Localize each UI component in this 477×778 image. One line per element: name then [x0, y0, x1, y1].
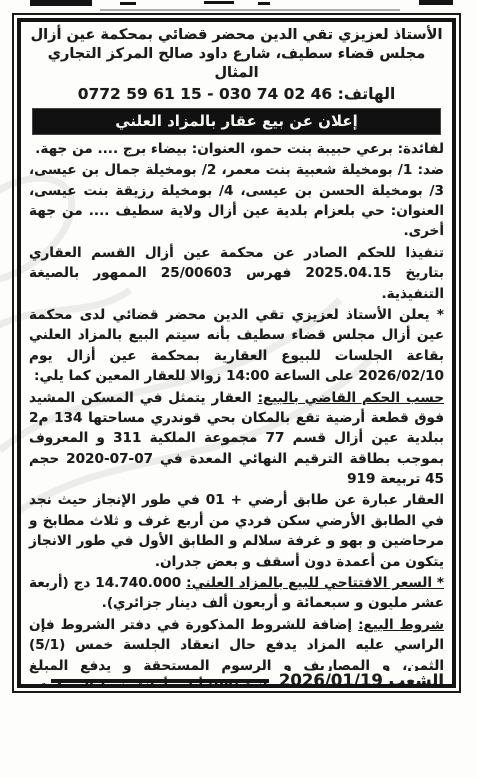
beneficiary-label: لفائدة:	[398, 141, 444, 157]
beneficiary-paragraph: لفائدة: برعي حبيبة بنت حمو، العنوان: بيض…	[29, 139, 444, 159]
notice-frame-inner: الأستاذ لعزيزي تقي الدين محضر قضائي بمحك…	[17, 18, 456, 688]
sale-conditions-label: شروط البيع:	[358, 617, 444, 633]
against-paragraph: ضد: 1/ بومخيلة شعبية بنت معمر، 2/ بومخيل…	[29, 160, 444, 242]
notice-title: إعلان عن بيع عقار بالمزاد العلني	[115, 112, 358, 130]
scan-artifact	[258, 2, 270, 5]
against-text: 1/ بومخيلة شعبية بنت معمر، 2/ بومخيلة جم…	[29, 162, 444, 219]
office-address-line: مجلس قضاء سطيف، شارع داود صالح المركز ال…	[29, 45, 444, 83]
against-label: ضد:	[418, 162, 444, 178]
scan-artifact	[100, 9, 400, 11]
scan-artifact	[419, 0, 453, 5]
notice-title-banner: إعلان عن بيع عقار بالمزاد العلني	[33, 109, 440, 134]
judgment-paragraph: حسب الحكم القاضي بالبيع: العقار يتمثل في…	[29, 388, 444, 490]
opening-price-label: * السعر الافتتاحي للبيع بالمزاد العلني:	[186, 575, 444, 591]
footer-rule	[51, 679, 269, 683]
beneficiary-text: برعي حبيبة بنت حمو، العنوان: بيضاء برج .…	[97, 141, 392, 157]
opening-price-amount: 14.740.000	[95, 575, 181, 591]
opening-price-paragraph: * السعر الافتتاحي للبيع بالمزاد العلني: …	[29, 573, 444, 614]
phone-line: الهاتف: 0772 59 61 15 - 030 74 02 46	[29, 84, 444, 104]
scan-artifact	[204, 1, 234, 4]
notice-header: الأستاذ لعزيزي تقي الدين محضر قضائي بمحك…	[29, 26, 444, 105]
notice-frame: الأستاذ لعزيزي تقي الدين محضر قضائي بمحك…	[12, 13, 461, 693]
scan-artifact	[120, 2, 136, 5]
bailiff-name-line: الأستاذ لعزيزي تقي الدين محضر قضائي بمحك…	[29, 26, 444, 45]
judgment-label: حسب الحكم القاضي بالبيع:	[258, 390, 444, 406]
beneficiary-suffix: من جهة.	[35, 141, 93, 157]
property-description-paragraph: العقار عبارة عن طابق أرضي + 01 في طور ال…	[29, 490, 444, 572]
announcement-paragraph: * يعلن الأستاذ لعزيزي تقي الدين محضر قضا…	[29, 305, 444, 387]
scanned-auction-notice-page: الأستاذ لعزيزي تقي الدين محضر قضائي بمحك…	[0, 0, 477, 778]
phone-label: الهاتف:	[338, 85, 396, 103]
scan-artifact	[30, 0, 92, 6]
notice-body: لفائدة: برعي حبيبة بنت حمو، العنوان: بيض…	[29, 139, 444, 688]
execution-paragraph: تنفيذا للحكم الصادر عن محكمة عين أزال ال…	[29, 243, 444, 304]
opening-price-currency: دج	[74, 575, 91, 591]
phone-numbers: 0772 59 61 15 - 030 74 02 46	[78, 84, 333, 104]
